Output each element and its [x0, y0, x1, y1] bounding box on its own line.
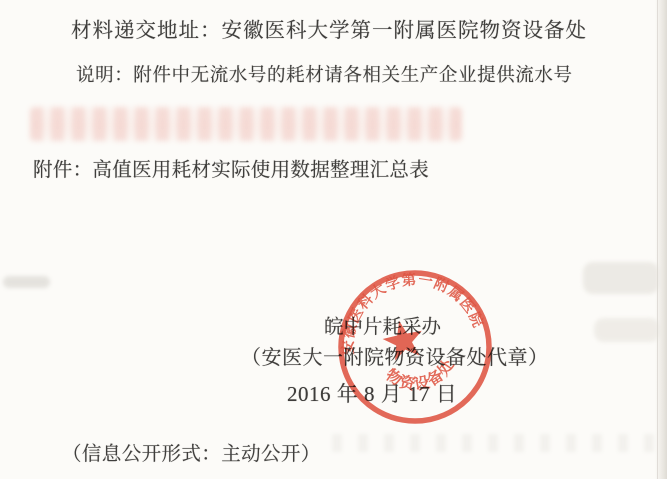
scan-smudge-left: [3, 276, 50, 288]
date-line: 2016 年 8 月 17 日: [287, 378, 457, 408]
bleedthrough-watermark: [30, 107, 462, 141]
footer-disclosure-line: （信息公开形式：主动公开）: [62, 438, 321, 466]
scan-smudge-right-lower: [594, 318, 660, 342]
scan-edge-shadow: [655, 0, 667, 479]
scanned-document-page: 材料递交地址：安徽医科大学第一附属医院物资设备处 说明：附件中无流水号的耗材请各…: [0, 0, 667, 479]
scan-smudge-right-upper: [583, 262, 659, 294]
signer-line: 皖中片耗采办: [324, 311, 441, 339]
address-line: 材料递交地址：安徽医科大学第一附属医院物资设备处: [71, 13, 587, 43]
proxy-note-line: （安医大一附院物资设备处代章）: [241, 341, 549, 370]
note-line: 说明：附件中无流水号的耗材请各相关生产企业提供流水号: [76, 61, 573, 87]
attachment-line: 附件：高值医用耗材实际使用数据整理汇总表: [33, 154, 429, 182]
